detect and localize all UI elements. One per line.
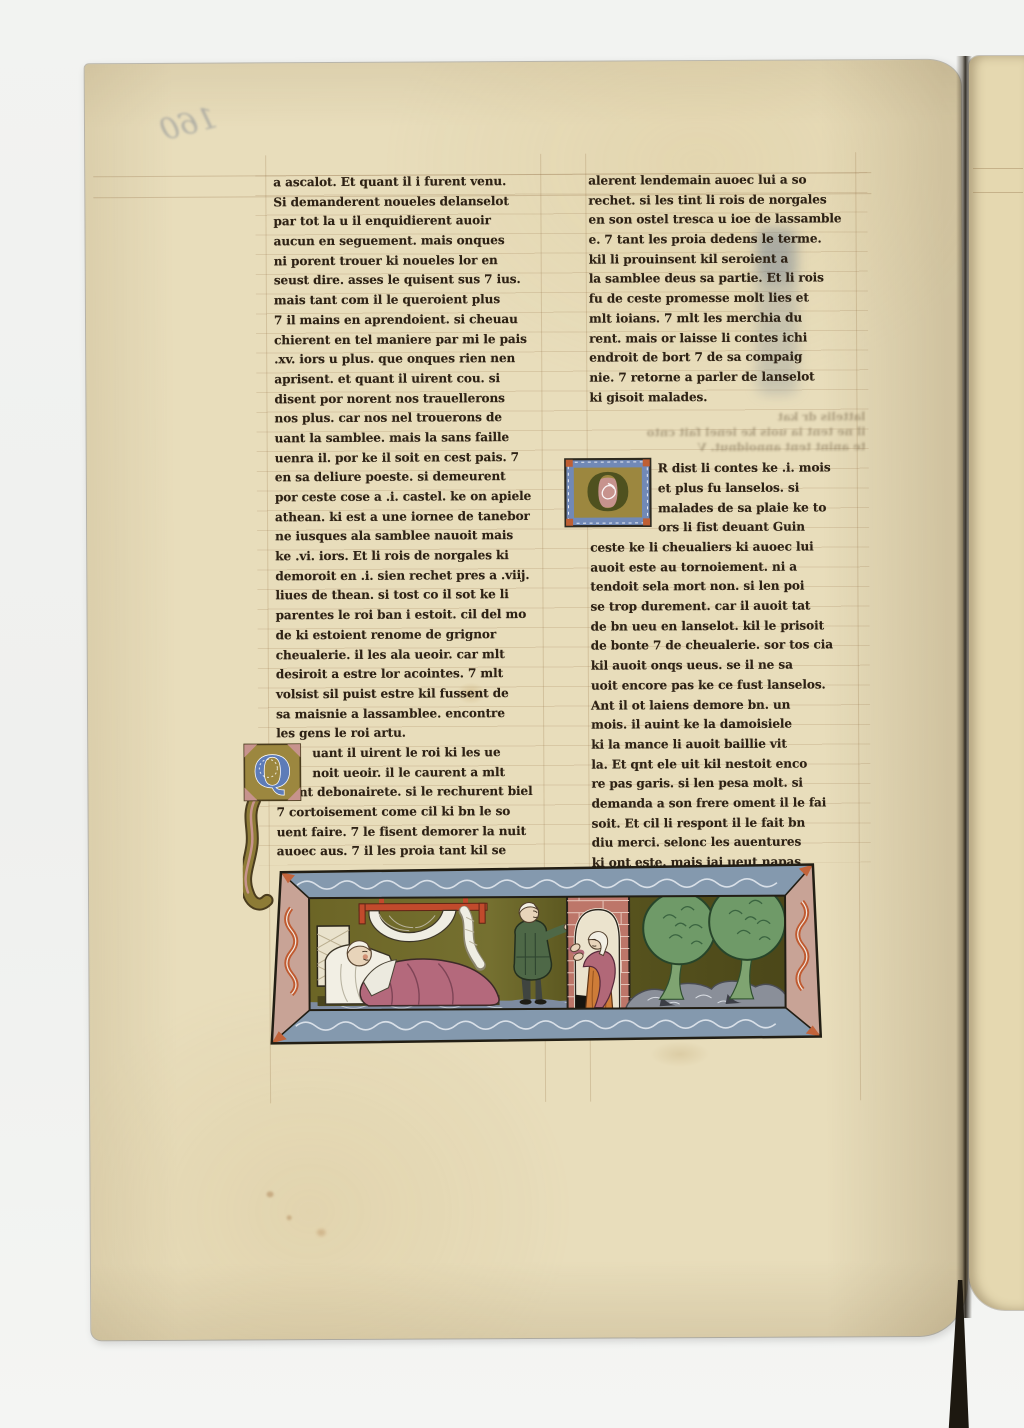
manuscript-text-line: ni porent trouer ki noueles lor en <box>274 251 550 272</box>
manuscript-text-line: chierent en tel maniere par mi le pais <box>274 329 550 350</box>
manuscript-text-line: soit. Et cil li respont il le fait bn <box>592 813 868 834</box>
manuscript-text-line: ki gisoit malades. <box>589 387 865 408</box>
manuscript-text-line: aucun en seguement. mais onques <box>274 231 550 252</box>
facing-page-edge <box>969 56 1024 1310</box>
manuscript-text-line: cheualerie. il les ala ueoir. car mlt <box>276 644 552 665</box>
text-column-right: O alerent lendemain auoec lui a sorechet… <box>588 170 868 873</box>
manuscript-text-line: ceste ke li cheualiers ki auoec lui <box>590 537 866 558</box>
manuscript-text-line: disent por norent nos trauellerons <box>274 388 550 409</box>
manuscript-text-line: Ant il ot laiens demore bn. un <box>591 695 867 716</box>
manuscript-text-line: sa maisnie a lassamblee. encontre <box>276 703 552 724</box>
manuscript-text-line: mlt ioians. 7 mlt les merchia du <box>589 308 865 329</box>
initial-letter-q: Q <box>253 747 292 798</box>
manuscript-text-line: de bonte 7 de cheualerie. sor tos cia <box>591 636 867 657</box>
manuscript-text-line: mais tant com il le queroient plus <box>274 290 550 311</box>
manuscript-text-line: en sa deliure poeste. si demeurent <box>275 467 551 488</box>
manuscript-text-line: de bn ueu en lanselot. kil le prisoit <box>591 616 867 637</box>
manuscript-text-line: volsist sil puist estre kil fussent de <box>276 684 552 705</box>
manuscript-text-line: desiroit a estre lor acointes. 7 mlt <box>276 664 552 685</box>
manuscript-text-line: en son ostel tresca u ioe de lassamble <box>588 210 864 231</box>
manuscript-text-line: fu de ceste promesse molt lies et <box>589 288 865 309</box>
manuscript-text-line: e. 7 tant les proia dedens le terme. <box>589 229 865 250</box>
manuscript-text-line: mois. il auint ke la damoisiele <box>591 714 867 735</box>
parchment-stain <box>287 1215 292 1220</box>
manuscript-text-line: de ki estoient renome de grignor <box>276 625 552 646</box>
folio-number-showthrough: 160 <box>134 101 225 175</box>
manuscript-text-line: rent. mais or laisse li contes ichi <box>589 328 865 349</box>
manuscript-text-line: por ceste cose a .i. castel. ke on apiel… <box>275 487 551 508</box>
manuscript-text-line: les gens le roi artu. <box>276 723 552 744</box>
manuscript-text-line: Si demanderent noueles delanselot <box>273 192 549 213</box>
rod-bracket <box>359 904 365 924</box>
manuscript-text-line: grant debonairete. si le rechurent biel <box>276 782 552 803</box>
manuscript-text-line: .xv. iors u plus. que onques rien nen <box>274 349 550 370</box>
manuscript-text-line: ki la mance li auoit baillie vit <box>591 734 867 755</box>
initial-letter-o: O <box>585 462 631 523</box>
illuminated-initial-o: O <box>564 457 652 527</box>
manuscript-text-line: re pas garis. si len pesa molt. si <box>591 773 867 794</box>
manuscript-text-line: athean. ki est a une iornee de tanebor <box>275 507 551 528</box>
manuscript-text-line: ke .vi. iors. Et li rois de norgales ki <box>275 546 551 567</box>
manuscript-text-line: 7 il mains en aprendoient. si cheuau <box>274 310 550 331</box>
manuscript-text-line: nie. 7 retorne a parler de lanselot <box>589 367 865 388</box>
manuscript-text-line: ne iusques ala samblee nauoit mais <box>275 526 551 547</box>
initial-o-corner <box>643 459 650 466</box>
manuscript-text-line: noit ueoir. il le caurent a mlt <box>276 762 552 783</box>
manuscript-text-line: aprisent. et quant il uirent cou. si <box>274 369 550 390</box>
manuscript-text-line: uoit encore pas ke ce fust lanselos. <box>591 675 867 696</box>
manuscript-text-line: seust dire. asses le quisent sus 7 ius. <box>274 270 550 291</box>
manuscript-text-line: kil auoit onqs ueus. se il ne sa <box>591 655 867 676</box>
manuscript-text-line: uant la samblee. mais la sans faille <box>275 428 551 449</box>
parchment-stain <box>267 1191 274 1197</box>
initial-o-corner <box>643 518 650 525</box>
manuscript-text-line: a ascalot. Et quant il i furent venu. <box>273 172 549 193</box>
manuscript-page: 160 Q a ascalot. Et quant il i furent ve… <box>85 60 968 1341</box>
manuscript-text-line: se trop durement. car il auoit tat <box>590 596 866 617</box>
manuscript-text-line: la. Et qnt ele uit kil nestoit enco <box>591 754 867 775</box>
manuscript-text-line: endroit de bort 7 de sa compaig <box>589 347 865 368</box>
initial-o-corner <box>566 519 573 526</box>
rod-bracket <box>479 903 485 923</box>
initial-o-corner <box>566 460 573 467</box>
manuscript-text-line: auoec aus. 7 il les proia tant kil se <box>277 841 553 862</box>
column-gap-showthrough: lattelis dr katil ne tent ia uois ke ien… <box>589 406 865 459</box>
parchment-stain <box>317 1229 326 1236</box>
tree-canopy <box>643 892 715 964</box>
manuscript-text-line: parentes le roi ban i estoit. cil del mo <box>276 605 552 626</box>
showthrough-text-line: lattelis dr kat <box>635 409 865 425</box>
manuscript-text-line: nos plus. car nos nel trouerons de <box>274 408 550 429</box>
manuscript-text-line: rechet. si les tint li rois de norgales <box>588 190 864 211</box>
manuscript-text-line: liues de thean. si tost co il sot ke li <box>275 585 551 606</box>
manuscript-text-line: demanda a son frere oment il le fai <box>591 793 867 814</box>
manuscript-text-line: uant il uirent le roi ki les ue <box>276 743 552 764</box>
facing-ruling-line <box>973 192 1023 193</box>
manuscript-text-line: diu merci. selonc les auentures <box>592 833 868 854</box>
showthrough-text-line: te anint tent annoidnut. V <box>636 439 866 455</box>
manuscript-text-line: par tot la u il enquidierent auoir <box>273 211 549 232</box>
text-column-left: Q a ascalot. Et quant il i furent venu.S… <box>273 172 553 862</box>
manuscript-photo: 160 Q a ascalot. Et quant il i furent ve… <box>0 0 1024 1428</box>
manuscript-text-line: demoroit en .i. sien rechet pres a .viij… <box>275 566 551 587</box>
facing-ruling-line <box>973 168 1023 169</box>
manuscript-text-line: uenra il. por ke il soit en cest pais. 7 <box>275 447 551 468</box>
manuscript-text-line: 7 cortoisement come cil ki bn le so <box>277 802 553 823</box>
manuscript-text-line: tendoit sela mort non. si len poi <box>590 577 866 598</box>
manuscript-text-line: la samblee deus sa partie. Et li rois <box>589 269 865 290</box>
manuscript-text-line: alerent lendemain auoec lui a so <box>588 170 864 191</box>
manuscript-text-line: uent faire. 7 le fisent demorer la nuit <box>277 822 553 843</box>
miniature-illustration <box>267 861 828 1048</box>
manuscript-text-line: kil li prouinsent kil seroient a <box>589 249 865 270</box>
man-tunic <box>514 920 552 980</box>
manuscript-text-line: auoit este au tornoiement. ni a <box>590 557 866 578</box>
showthrough-text-line: il ne tent ia uois ke ienel fait cnto <box>636 424 866 440</box>
